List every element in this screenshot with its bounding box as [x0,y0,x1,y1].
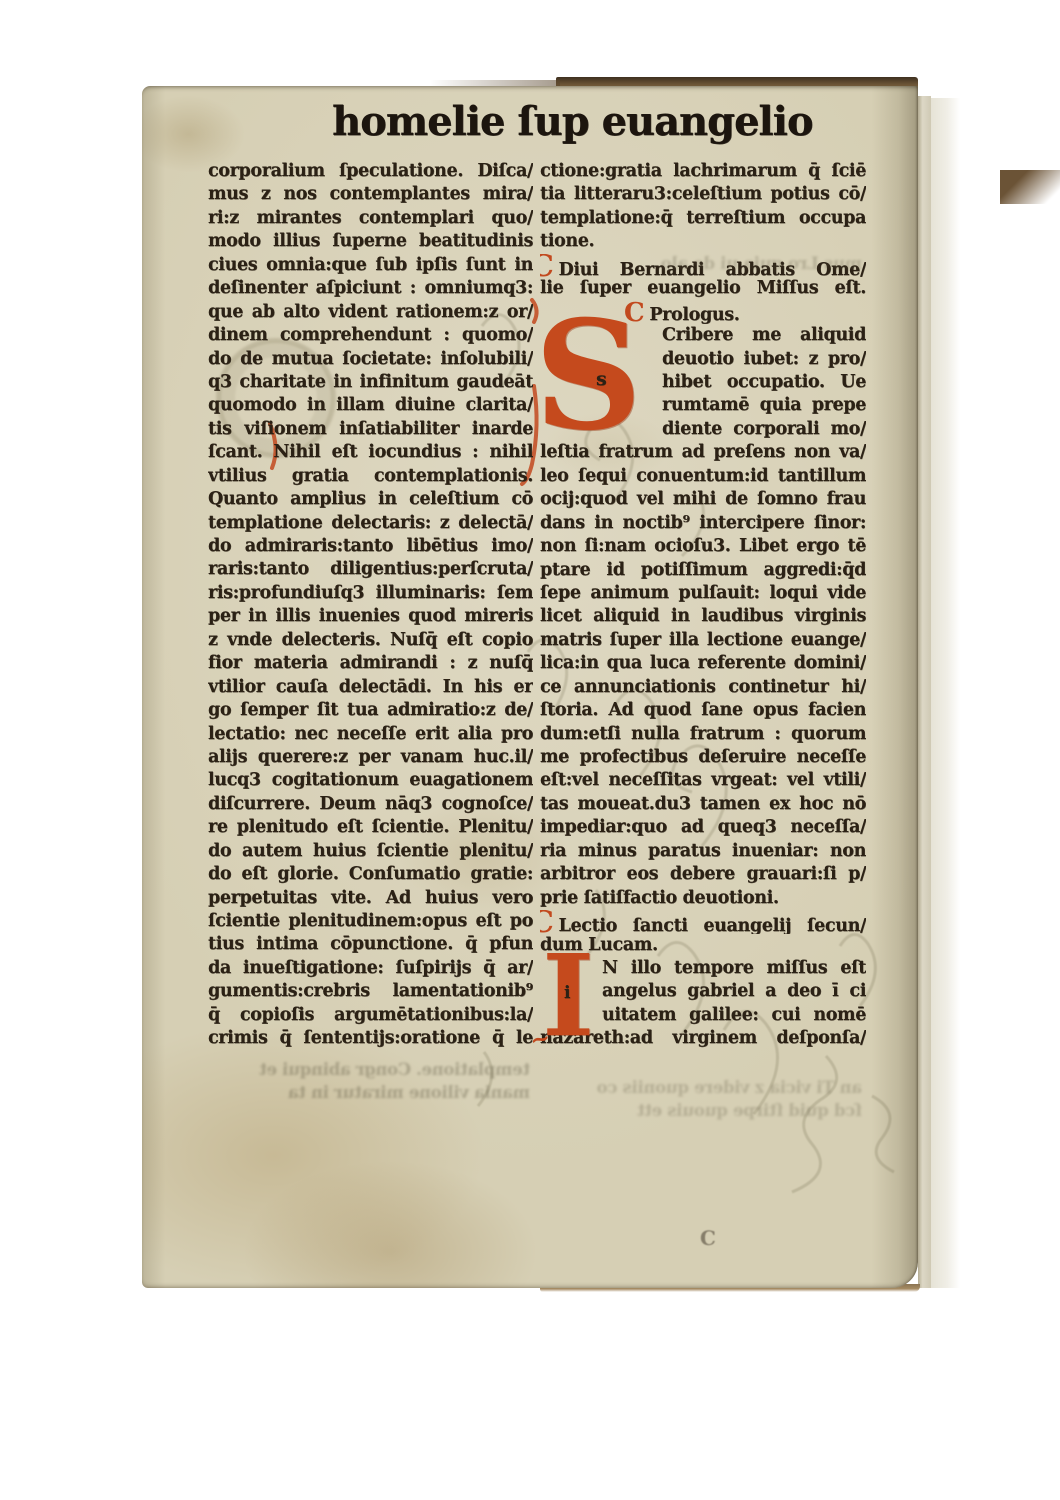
guide-letter: s [596,368,606,390]
text-line: non ſi:nam ocioſu3. Libet ergo tē [540,535,866,558]
text-line: corporalium ſpeculatione. Diſca/ [208,160,533,183]
text-line: rumtamē quia prepe [662,394,866,417]
text-line: ſepe animum pulſauit: loqui vide [540,582,866,605]
text-line: matris ſuper illa lectione euange/ [540,629,866,652]
paragraph-end-short-line: tione. [540,230,866,253]
text-line: hibet occupatio. Ue [662,371,866,394]
page-edge-strip [918,96,931,1288]
text-line: vtilius gratia contemplationis. [208,465,533,488]
prologue-last-line: prie ſatiſfactio deuotioni. [540,887,866,910]
show-through-text: an Ti vicia z videre quoniis coſcd quid … [544,1076,862,1123]
text-line: fior materia admirandi : z nuſq̄ [208,652,533,675]
text-line: do de mutua ſocietate: inſolubili/ [208,348,533,371]
text-line: z vnde delecteris. Nuſq̄ eſt copio [208,629,533,652]
initial-wrapped-lines: Cribere me aliquiddeuotio iubet: z pro/h… [662,324,866,441]
text-line: dans in noctib⁹ intercipere ſinor: [540,512,866,535]
text-line: gumentis:crebris lamentationib⁹ [208,980,533,1003]
text-line: raris:tanto diligentius:perſcruta/ [208,558,533,581]
text-line: ſcientie plenitudinem:opus eſt po [208,910,533,933]
text-line: ptare id potiſſimum aggredi:q̄d [540,559,866,582]
page-edge-strip-outer [931,98,960,1288]
text-line: Quanto amplius in celeſtium cō [208,488,533,511]
text-line: ſcant. Nihil eſt iocundius : nihil [208,441,533,464]
lombard-initial-s: S [534,320,642,432]
text-line: tia litteraru3:celeſtium potius cō/ [540,183,866,206]
text-line: me profectibus deſeruire neceſſe [540,746,866,769]
right-text-column: ctione:gratia lachrimarum q̄ ſciētia lit… [540,160,866,1051]
text-line: deſinenter aſpiciunt : omniumq3: [208,277,533,300]
text-line: mania vilione miratur in ta [212,1081,530,1104]
text-line: Cribere me aliquid [662,324,866,347]
text-line: re plenitudo eſt ſcientie. Plenitu/ [208,816,533,839]
text-line: lectatio: nec neceſſe erit alia pro [208,723,533,746]
decorated-initial-block: I i N illo tempore miſſus eſtangelus gab… [540,957,866,1027]
text-line: modo illius ſuperne beatitudinis [208,230,533,253]
prologus-label: Prologus. [649,305,739,324]
show-through-text: templatione. Congr abinqui etmania vilio… [212,1058,530,1105]
text-line: do autem huius ſcientie plenitu/ [208,840,533,863]
left-text-column: corporalium ſpeculatione. Diſca/mus z no… [208,160,533,1051]
text-line: diente corporali mo/ [662,418,866,441]
text-line: licet aliquid in laudibus virginis [540,605,866,628]
text-line: dum:etſi nulla fratrum : quorum [540,723,866,746]
initial-wrapped-lines: N illo tempore miſſus eſtangelus gabriel… [602,957,866,1027]
text-line: deuotio iubet: z pro/ [662,348,866,371]
show-through-text: mus Lro quia ui de alo [638,252,862,276]
text-line: ce annunciationis continetur hi/ [540,676,866,699]
prologue-body: leſtia fratrum ad preſens non va/leo ſeq… [540,441,866,886]
text-line: templatione. Congr abinqui et [212,1058,530,1081]
text-line: eſt:vel neceſſitas vrgeat: vel vtili/ [540,769,866,792]
text-line: quomodo in illam diuine clarita/ [208,394,533,417]
paragraph-mark-icon: C [540,910,554,933]
text-line: uitatem galilee: cui nomē [602,1004,866,1027]
corner-shadow [1000,170,1060,204]
text-line: diſcurrere. Deum nāq3 cognoſce/ [208,793,533,816]
text-line: ri:z mirantes contemplari quo/ [208,207,533,230]
text-line: templatione:q̄ terreſtium occupa [540,207,866,230]
text-line: ſcd quid ſtirpe quouis ett [544,1099,862,1122]
text-line: do admiraris:tanto libētius imo/ [208,535,533,558]
text-line: dinem comprehendunt : quomo/ [208,324,533,347]
text-line: arbitror eos debere grauari:ſi p/ [540,863,866,886]
text-line: que ab alto vident rationem:z or/ [208,301,533,324]
lectio-heading-line: CLectio ſancti euangelij ſecun/ [540,910,866,933]
text-line: q3 charitate in infinitum gaudeāt [208,371,533,394]
paragraph-mark-icon: C [540,254,554,277]
text-line: do eſt glorie. Conſumatio gratie: [208,863,533,886]
text-line: impediar:quo ad queq3 neceſſa/ [540,816,866,839]
text-line: N illo tempore miſſus eſt [602,957,866,980]
text-line: ris:profundiuſq3 illuminaris: ſem [208,582,533,605]
text-line: templatione delectaris: z delectā/ [208,512,533,535]
text-line: lucq3 cogitationum euagationem [208,769,533,792]
text-line: ocij:quod vel mihi de ſomno frau [540,488,866,511]
text-line: ctione:gratia lachrimarum q̄ ſciē [540,160,866,183]
text-line: go ſemper ſit tua admiratio:z de/ [208,699,533,722]
text-line: q̄ copioſis argumētationibus:la/ [208,1004,533,1027]
text-line: tius intima cōpunctione. q̄ pfun [208,933,533,956]
book-scan: homelie ſup euangelio corporalium ſpecul… [0,0,1060,1500]
page-scan: homelie ſup euangelio corporalium ſpecul… [142,86,918,1288]
text-line: tis viſionem inſatiabiliter inarde [208,418,533,441]
text-line: lica:in qua luca referente domini/ [540,652,866,675]
text-line: crimis q̄ ſententijs:oratione q̄ le [208,1027,533,1050]
text-line: angelus gabriel a deo ī ci [602,980,866,1003]
quire-signature-mark: C [700,1226,716,1250]
text-line: da inueſtigatione: ſuſpirijs q̄ ar/ [208,957,533,980]
text-line: mus z nos contemplantes mira/ [208,183,533,206]
text-line: per in illis inuenies quod mireris [208,605,533,628]
text-line: tas moueat.du3 tamen ex hoc nō [540,793,866,816]
text-line: perpetuitas vite. Ad huius vero [208,887,533,910]
text-line: ria minus paratus inueniar: non [540,840,866,863]
running-head-title: homelie ſup euangelio [332,98,782,145]
text-line: alijs querere:z per vanam huc.il/ [208,746,533,769]
guide-letter: i [564,983,570,1003]
text-line: an Ti vicia z videre quoniis co [544,1076,862,1099]
decorated-initial-block: S s Cribere me aliquiddeuotio iubet: z p… [540,324,866,441]
text-line: leo ſequi conuentum:id tantillum [540,465,866,488]
text-line: ſtoria. Ad quod ſane opus facien [540,699,866,722]
lectio-text: Lectio ſancti euangelij ſecun/ [559,916,866,933]
text-line: ciues omnia:que ſub ipſis ſunt in [208,254,533,277]
paragraph-end: ctione:gratia lachrimarum q̄ ſciētia lit… [540,160,866,230]
text-line: vtilior cauſa delectādi. In his er [208,676,533,699]
